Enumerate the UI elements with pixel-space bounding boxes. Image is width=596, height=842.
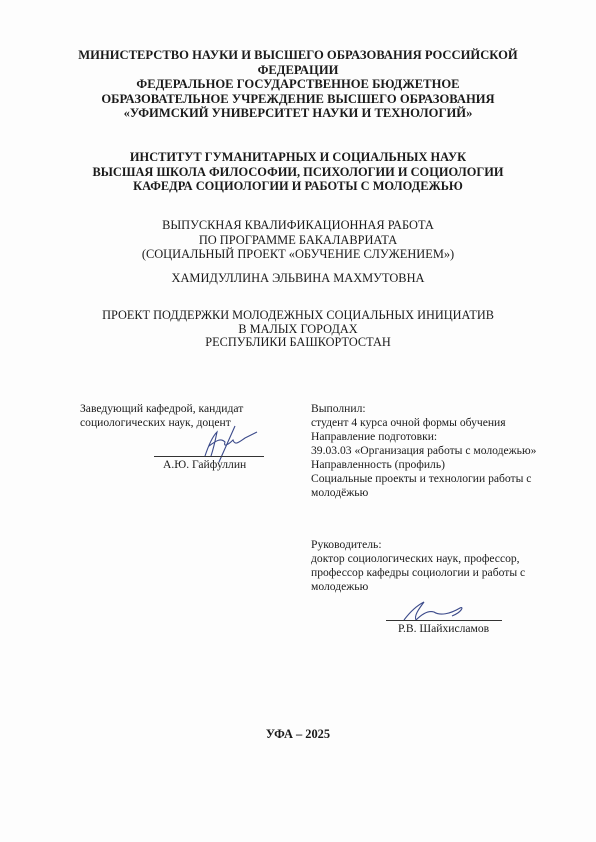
document-page: МИНИСТЕРСТВО НАУКИ И ВЫСШЕГО ОБРАЗОВАНИЯ…	[0, 0, 596, 842]
supervisor-name: Р.В. Шайхисламов	[398, 622, 489, 635]
author-name: ХАМИДУЛЛИНА ЭЛЬВИНА МАХМУТОВНА	[0, 271, 596, 286]
thesis-title: ПРОЕКТ ПОДДЕРЖКИ МОЛОДЕЖНЫХ СОЦИАЛЬНЫХ И…	[0, 309, 596, 350]
title-line: РЕСПУБЛИКИ БАШКОРТОСТАН	[0, 336, 596, 350]
header-line: ОБРАЗОВАТЕЛЬНОЕ УЧРЕЖДЕНИЕ ВЫСШЕГО ОБРАЗ…	[0, 92, 596, 107]
performer-line: Направленность (профиль)	[311, 458, 571, 472]
work-type-line: ПО ПРОГРАММЕ БАКАЛАВРИАТА	[0, 233, 596, 248]
header-line: ФЕДЕРАЛЬНОЕ ГОСУДАРСТВЕННОЕ БЮДЖЕТНОЕ	[0, 77, 596, 92]
institute-line: КАФЕДРА СОЦИОЛОГИИ И РАБОТЫ С МОЛОДЕЖЬЮ	[0, 179, 596, 194]
performer-line: 39.03.03 «Организация работы с молодежью…	[311, 444, 571, 458]
performer-line: студент 4 курса очной формы обучения	[311, 416, 571, 430]
supervisor-block: Руководитель: доктор социологических нау…	[311, 538, 571, 594]
performer-line: Социальные проекты и технологии работы с…	[311, 472, 571, 500]
supervisor-signature-line	[386, 620, 502, 621]
author-line: ХАМИДУЛЛИНА ЭЛЬВИНА МАХМУТОВНА	[0, 271, 596, 286]
supervisor-line: доктор социологических наук, профессор,	[311, 552, 571, 566]
title-line: В МАЛЫХ ГОРОДАХ	[0, 323, 596, 337]
city-year-line: УФА – 2025	[0, 727, 596, 742]
head-name: А.Ю. Гайфуллин	[163, 458, 246, 471]
work-type-line: ВЫПУСКНАЯ КВАЛИФИКАЦИОННАЯ РАБОТА	[0, 218, 596, 233]
performer-line: Выполнил:	[311, 402, 571, 416]
header-line: ФЕДЕРАЦИИ	[0, 63, 596, 78]
supervisor-line: профессор кафедры социологии и работы с …	[311, 566, 571, 594]
header-line: «УФИМСКИЙ УНИВЕРСИТЕТ НАУКИ И ТЕХНОЛОГИЙ…	[0, 106, 596, 121]
performer-line: Направление подготовки:	[311, 430, 571, 444]
head-position-line: Заведующий кафедрой, кандидат	[80, 402, 280, 416]
head-signature-line	[154, 456, 264, 457]
work-type-line: (СОЦИАЛЬНЫЙ ПРОЕКТ «ОБУЧЕНИЕ СЛУЖЕНИЕМ»)	[0, 247, 596, 262]
institute-line: ИНСТИТУТ ГУМАНИТАРНЫХ И СОЦИАЛЬНЫХ НАУК	[0, 150, 596, 165]
performer-block: Выполнил: студент 4 курса очной формы об…	[311, 402, 571, 500]
institute-line: ВЫСШАЯ ШКОЛА ФИЛОСОФИИ, ПСИХОЛОГИИ И СОЦ…	[0, 165, 596, 180]
header-line: МИНИСТЕРСТВО НАУКИ И ВЫСШЕГО ОБРАЗОВАНИЯ…	[0, 48, 596, 63]
institute-block: ИНСТИТУТ ГУМАНИТАРНЫХ И СОЦИАЛЬНЫХ НАУК …	[0, 150, 596, 194]
supervisor-line: Руководитель:	[311, 538, 571, 552]
title-line: ПРОЕКТ ПОДДЕРЖКИ МОЛОДЕЖНЫХ СОЦИАЛЬНЫХ И…	[0, 309, 596, 323]
work-type-block: ВЫПУСКНАЯ КВАЛИФИКАЦИОННАЯ РАБОТА ПО ПРО…	[0, 218, 596, 262]
ministry-header: МИНИСТЕРСТВО НАУКИ И ВЫСШЕГО ОБРАЗОВАНИЯ…	[0, 48, 596, 121]
city-year: УФА – 2025	[0, 727, 596, 742]
